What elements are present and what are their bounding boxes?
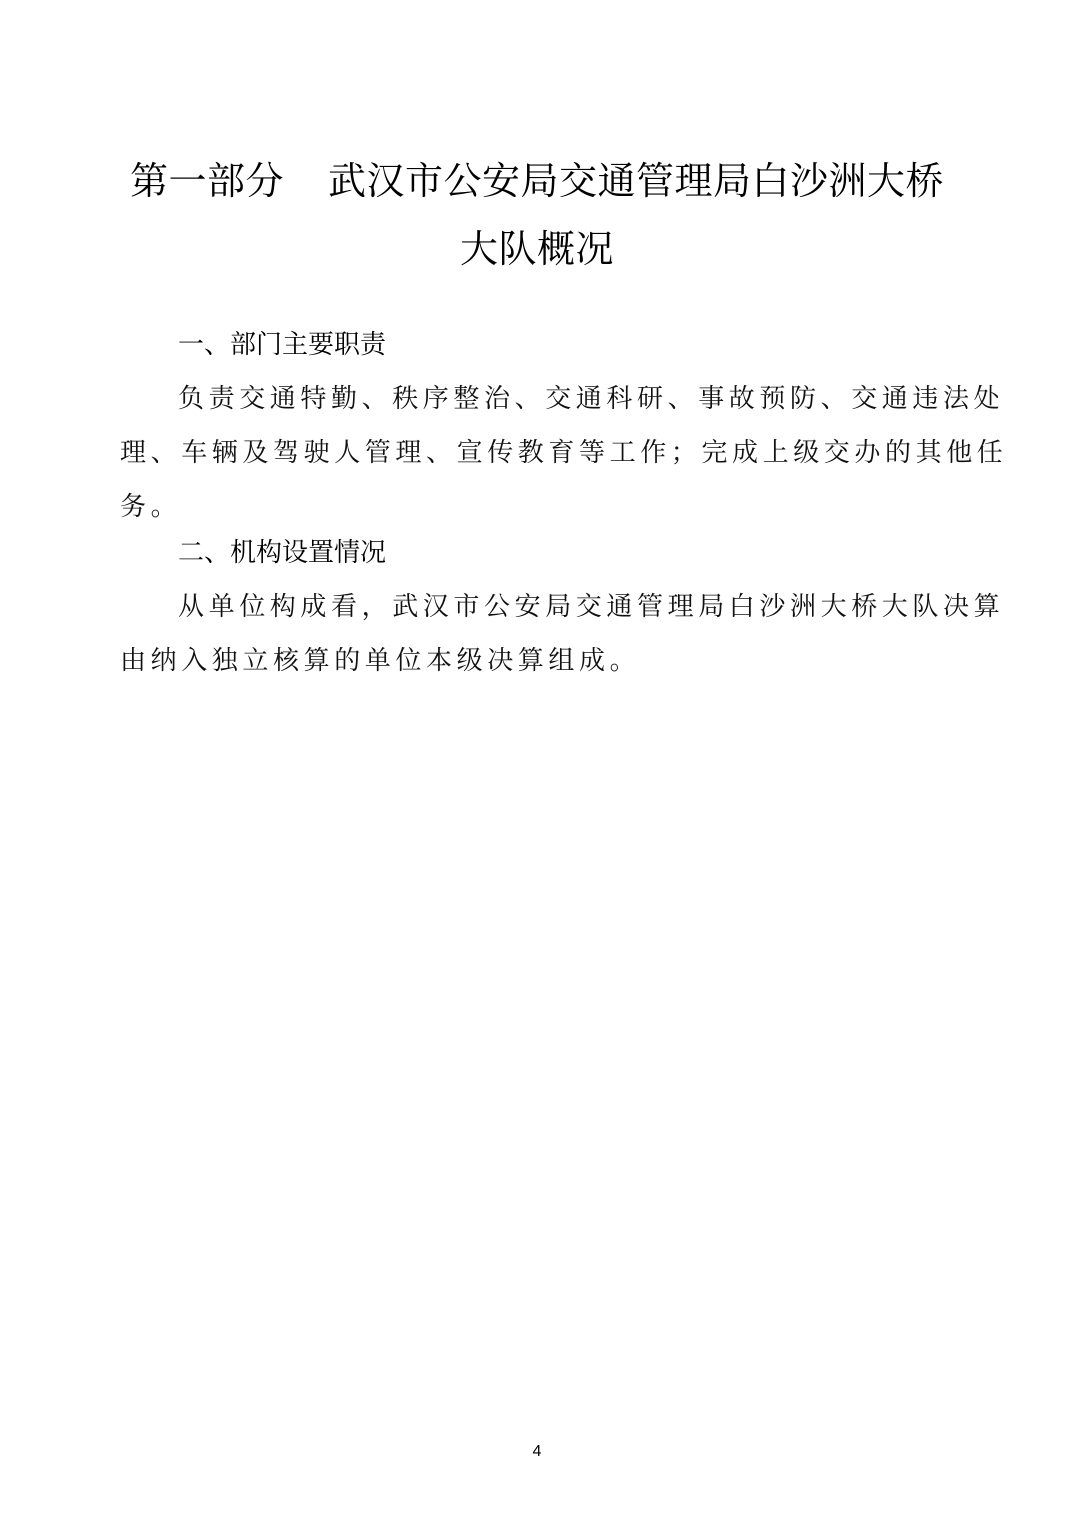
part-label: 第一部分 [130,159,284,203]
paragraph-line: 负责交通特勤、秩序整治、交通科研、事故预防、交通违法处 [178,386,1018,412]
page-number: 4 [0,1443,1074,1461]
section-heading-duties: 一、部门主要职责 [178,330,386,360]
paragraph-line: 由纳入独立核算的单位本级决算组成。 [120,648,960,674]
section-heading-organization: 二、机构设置情况 [178,538,386,568]
paragraph-line: 理、车辆及驾驶人管理、宣传教育等工作；完成上级交办的其他任 [120,440,960,466]
paragraph-line: 务。 [120,494,960,520]
unit-name: 武汉市公安局交通管理局白沙洲大桥 [328,159,944,203]
document-title-line-1: 第一部分武汉市公安局交通管理局白沙洲大桥 [0,162,1074,200]
paragraph-line: 从单位构成看，武汉市公安局交通管理局白沙洲大桥大队决算 [178,594,1018,620]
document-title-line-2: 大队概况 [0,230,1074,268]
